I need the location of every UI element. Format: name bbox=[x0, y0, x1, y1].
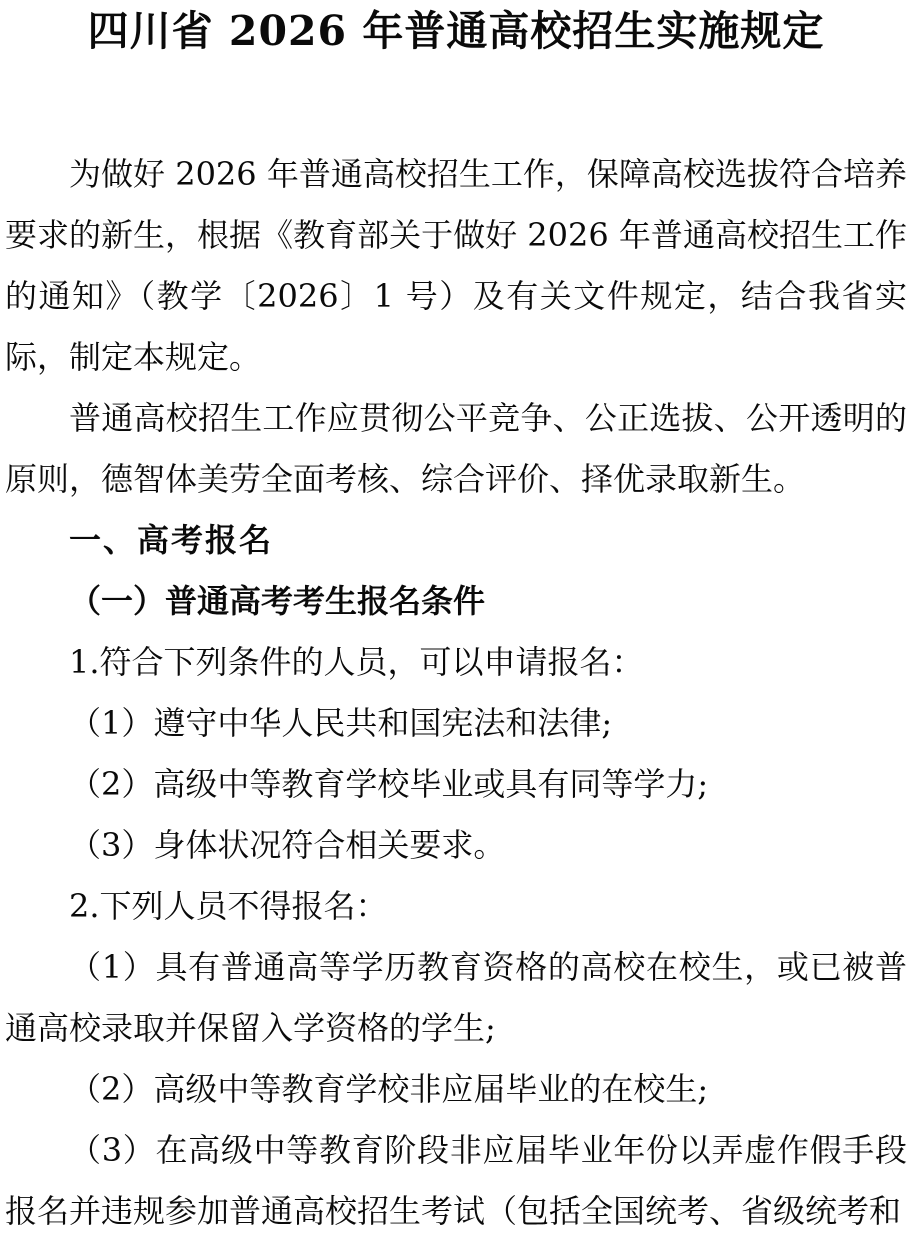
clause2-item-3: （3）在高级中等教育阶段非应届毕业年份以弄虚作假手段报名并违规参加普通高校招生考… bbox=[5, 1120, 907, 1242]
document-page: 四川省 2026 年普通高校招生实施规定 为做好 2026 年普通高校招生工作，… bbox=[0, 0, 912, 1248]
section-heading-gaokao-baoming: 一、高考报名 bbox=[5, 510, 907, 571]
paragraph-intro: 为做好 2026 年普通高校招生工作，保障高校选拔符合培养要求的新生，根据《教育… bbox=[5, 144, 907, 388]
clause2-item-1: （1）具有普通高等学历教育资格的高校在校生，或已被普通高校录取并保留入学资格的学… bbox=[5, 937, 907, 1059]
clause2-item-2: （2）高级中等教育学校非应届毕业的在校生; bbox=[5, 1059, 907, 1120]
clause1-item-3: （3）身体状况符合相关要求。 bbox=[5, 815, 907, 876]
clause2-lead: 2.下列人员不得报名： bbox=[5, 876, 907, 937]
clause1-item-2: （2）高级中等教育学校毕业或具有同等学力; bbox=[5, 754, 907, 815]
document-body: 为做好 2026 年普通高校招生工作，保障高校选拔符合培养要求的新生，根据《教育… bbox=[5, 144, 907, 1242]
clause1-lead: 1.符合下列条件的人员，可以申请报名： bbox=[5, 632, 907, 693]
document-title: 四川省 2026 年普通高校招生实施规定 bbox=[5, 6, 907, 56]
paragraph-principles: 普通高校招生工作应贯彻公平竞争、公正选拔、公开透明的原则，德智体美劳全面考核、综… bbox=[5, 388, 907, 510]
clause1-item-1: （1）遵守中华人民共和国宪法和法律; bbox=[5, 693, 907, 754]
subsection-heading-baoming-tiaojian: （一）普通高考考生报名条件 bbox=[5, 571, 907, 632]
